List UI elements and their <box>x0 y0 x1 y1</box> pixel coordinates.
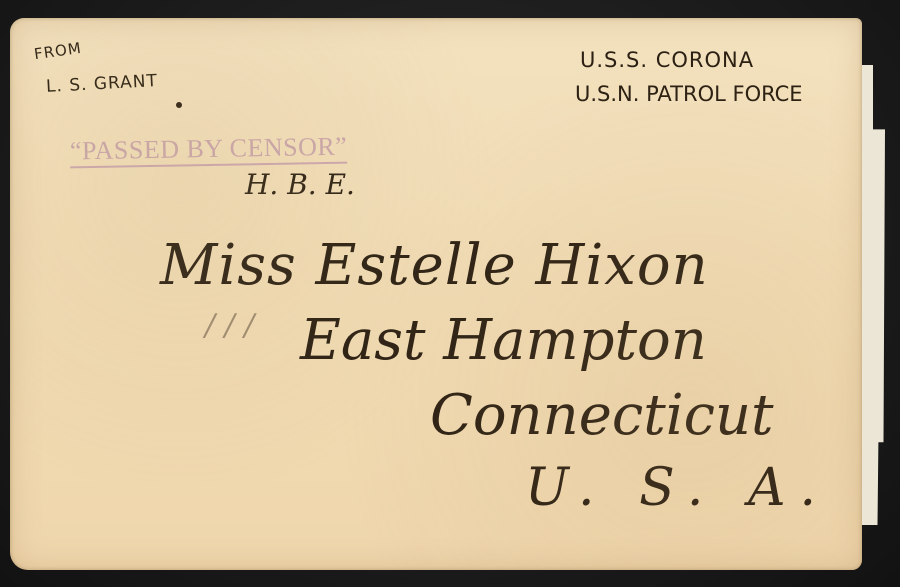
envelope: FROM L. S. GRANT U.S.S. CORONA U.S.N. PA… <box>10 18 862 570</box>
pencil-mark: / / / <box>205 308 254 343</box>
ship-force: U.S.N. PATROL FORCE <box>575 82 803 106</box>
recipient-country: U. S. A. <box>525 458 830 518</box>
return-label: FROM <box>33 39 83 63</box>
return-name: L. S. GRANT <box>46 71 159 97</box>
censor-stamp: “PASSED BY CENSOR” <box>70 132 348 169</box>
ink-spot <box>176 102 182 108</box>
recipient-name: Miss Estelle Hixon <box>160 233 709 298</box>
recipient-state: Connecticut <box>430 383 774 448</box>
recipient-town: East Hampton <box>300 308 707 373</box>
initials: H. B. E. <box>245 168 355 201</box>
ship-name: U.S.S. CORONA <box>580 48 754 72</box>
